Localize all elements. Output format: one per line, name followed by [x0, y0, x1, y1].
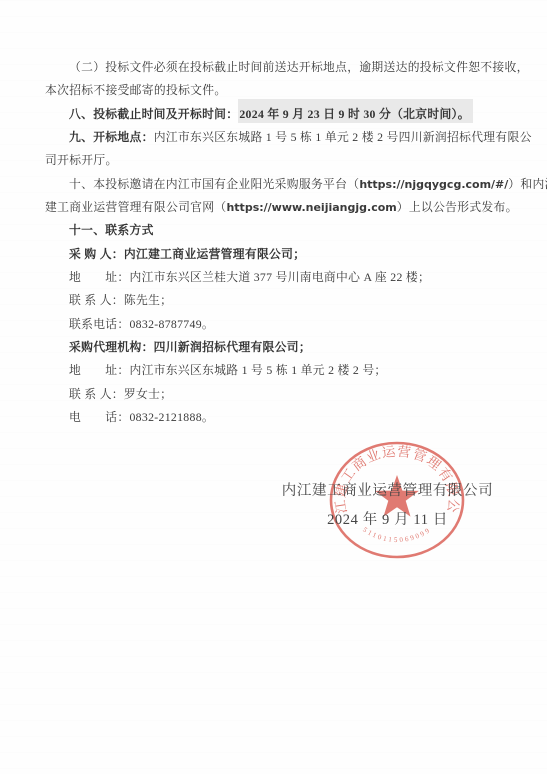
doc-line-agency-phone: 电 话：0832-2121888。	[45, 406, 515, 429]
line-heading: 八、投标截止时间及开标时间：	[69, 107, 238, 121]
line-heading: 十一、联系方式	[69, 223, 154, 237]
doc-line-contact-heading: 十一、联系方式	[45, 219, 515, 242]
line-text: 十、本投标邀请在内江市国有企业阳光采购服务平台（	[69, 177, 359, 191]
signature-company: 内江建工商业运营管理有限公司	[265, 477, 510, 506]
deadline-highlighted-text: 2024 年 9 月 23 日 9 时 30 分（北京时间）。	[238, 99, 473, 123]
doc-line-deadline: 八、投标截止时间及开标时间：2024 年 9 月 23 日 9 时 30 分（北…	[45, 103, 515, 126]
agency-name: 采购代理机构：四川新润招标代理有限公司；	[69, 340, 311, 354]
line-text: 联系电话：0832-8787749。	[69, 317, 214, 331]
doc-line-purchaser: 采 购 人：内江建工商业运营管理有限公司；	[45, 243, 515, 266]
line-text: 建工商业运营管理有限公司官网（	[45, 200, 226, 214]
doc-line-publish: 十、本投标邀请在内江市国有企业阳光采购服务平台（https://njgqygcg…	[45, 173, 515, 196]
line-text: 电 话：0832-2121888。	[69, 410, 214, 424]
platform-url: https://njgqygcg.com/#/	[359, 178, 508, 191]
line-text: （二）投标文件必须在投标截止时间前送达开标地点，逾期送达的投标文件恕不接收，	[69, 60, 529, 74]
doc-line-open-location: 九、开标地点：内江市东兴区东城路 1 号 5 栋 1 单元 2 楼 2 号四川新…	[45, 126, 515, 149]
line-heading: 九、开标地点：	[69, 130, 154, 144]
line-text: 地 址：内江市东兴区东城路 1 号 5 栋 1 单元 2 楼 2 号；	[69, 363, 387, 377]
line-text: 司开标开厅。	[45, 153, 118, 167]
purchaser-name: 采 购 人：内江建工商业运营管理有限公司；	[69, 247, 305, 261]
signature-date: 2024 年 9 月 11 日	[265, 506, 510, 535]
line-text: 联 系 人：陈先生；	[69, 293, 172, 307]
doc-line-purchaser-contact: 联 系 人：陈先生；	[45, 289, 515, 312]
doc-line-agency-address: 地 址：内江市东兴区东城路 1 号 5 栋 1 单元 2 楼 2 号；	[45, 359, 515, 382]
document-body: （二）投标文件必须在投标截止时间前送达开标地点，逾期送达的投标文件恕不接收， 本…	[45, 56, 515, 430]
line-text: 内江市东兴区东城路 1 号 5 栋 1 单元 2 楼 2 号四川新润招标代理有限…	[154, 130, 532, 144]
doc-line-publish-2: 建工商业运营管理有限公司官网（https://www.neijiangjg.co…	[45, 196, 515, 219]
doc-line: （二）投标文件必须在投标截止时间前送达开标地点，逾期送达的投标文件恕不接收，	[45, 56, 515, 79]
doc-line-purchaser-address: 地 址：内江市东兴区兰桂大道 377 号川南电商中心 A 座 22 楼；	[45, 266, 515, 289]
line-text: ）和内江	[508, 177, 547, 191]
signature-block: 内江建工商业运营管理有限公司 2024 年 9 月 11 日	[265, 477, 510, 534]
company-website-url: https://www.neijiangjg.com	[226, 201, 396, 214]
line-text: 地 址：内江市东兴区兰桂大道 377 号川南电商中心 A 座 22 楼；	[69, 270, 430, 284]
line-text: ）上以公告形式发布。	[397, 200, 518, 214]
document-page: （二）投标文件必须在投标截止时间前送达开标地点，逾期送达的投标文件恕不接收， 本…	[0, 0, 547, 774]
line-text: 联 系 人：罗女士；	[69, 387, 172, 401]
doc-line-agency: 采购代理机构：四川新润招标代理有限公司；	[45, 336, 515, 359]
doc-line: 司开标开厅。	[45, 149, 515, 172]
line-text: 本次招标不接受邮寄的投标文件。	[45, 83, 226, 97]
doc-line-agency-contact: 联 系 人：罗女士；	[45, 383, 515, 406]
doc-line-purchaser-phone: 联系电话：0832-8787749。	[45, 313, 515, 336]
